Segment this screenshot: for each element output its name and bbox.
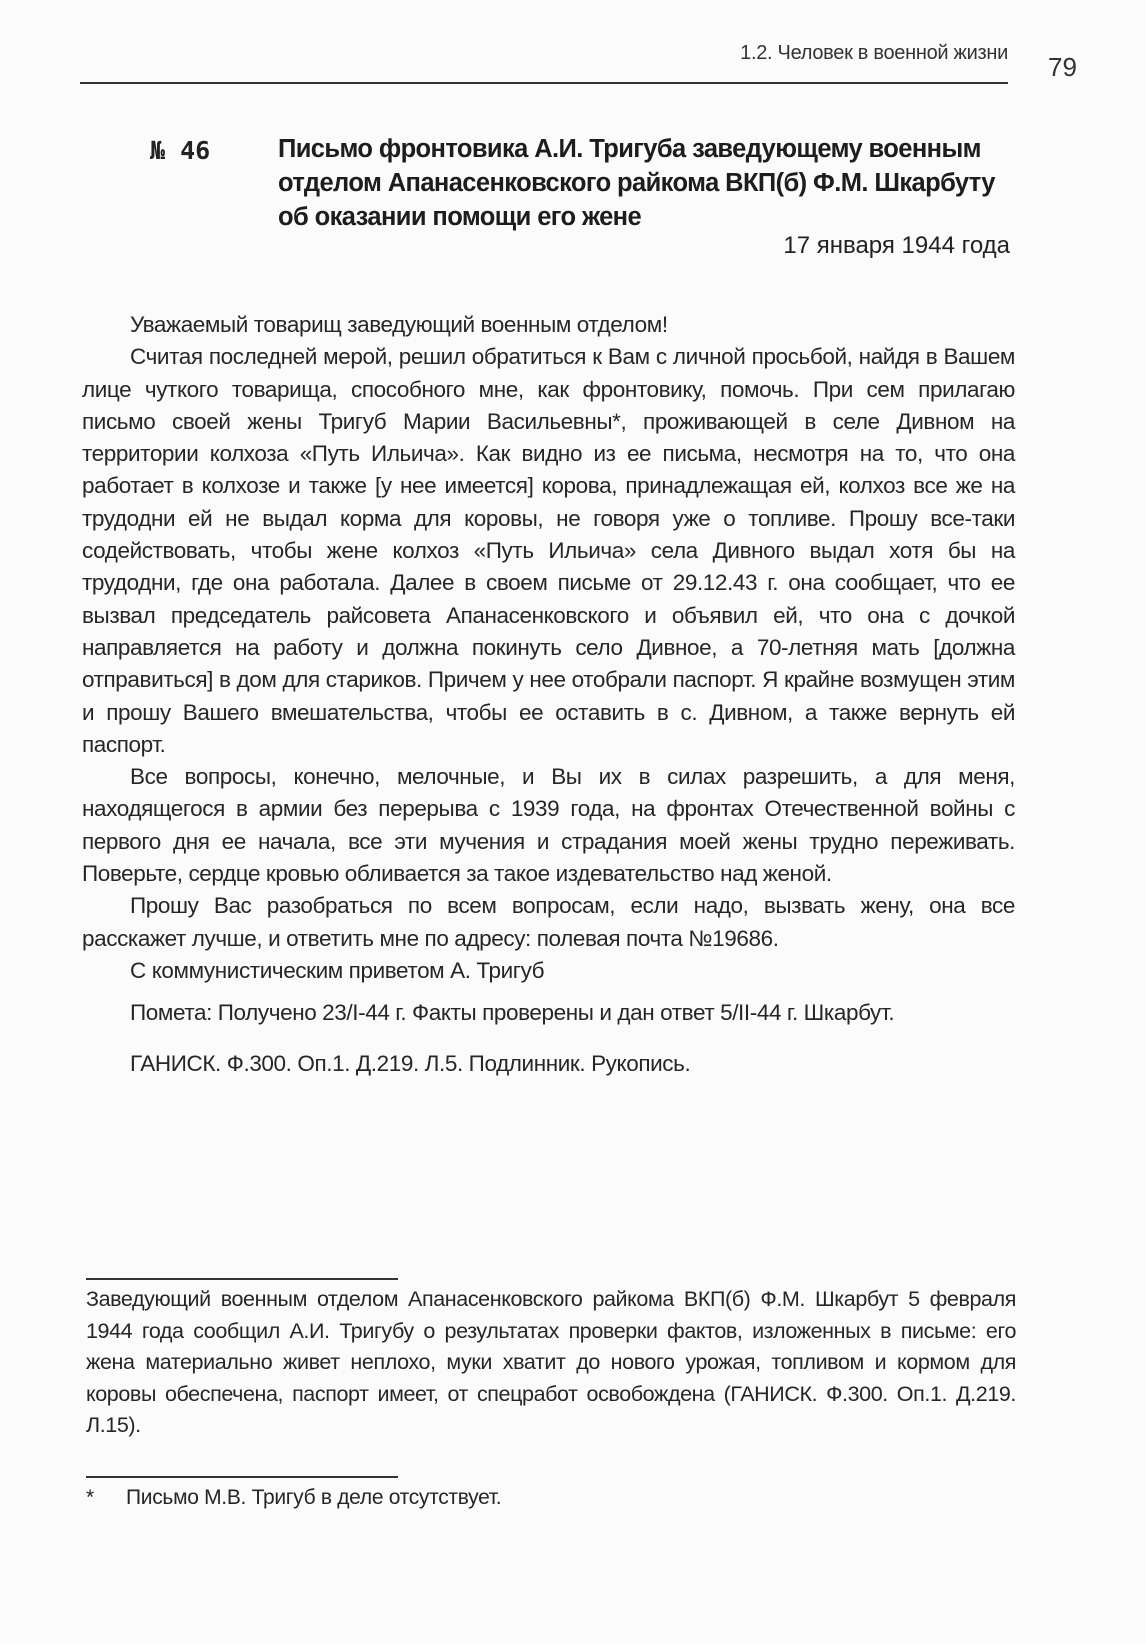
editorial-footnote: Заведующий военным отделом Апанасенковск…	[86, 1284, 1016, 1442]
footnote-text: Письмо М.В. Тригуб в деле отсутствует.	[126, 1486, 501, 1509]
letter-signature: С коммунистическим приветом А. Тригуб	[82, 955, 1015, 987]
letter-paragraph: Все вопросы, конечно, мелочные, и Вы их …	[82, 761, 1015, 890]
page-number: 79	[1048, 52, 1077, 83]
footnote-mark: *	[86, 1486, 126, 1510]
running-title: 1.2. Человек в военной жизни	[740, 42, 1008, 65]
document-title: Письмо фронтовика А.И. Тригуба заведующе…	[278, 132, 1010, 234]
document-date: 17 января 1944 года	[150, 232, 1010, 260]
letter-body: Уважаемый товарищ заведующий военным отд…	[82, 309, 1015, 1080]
letter-greeting: Уважаемый товарищ заведующий военным отд…	[82, 309, 1015, 341]
document-number: № 46	[150, 136, 210, 165]
receipt-note: Помета: Получено 23/I-44 г. Факты провер…	[82, 997, 1015, 1029]
running-header: 1.2. Человек в военной жизни	[80, 40, 1008, 84]
letter-paragraph: Прошу Вас разобраться по всем вопросам, …	[82, 890, 1015, 955]
footnote-divider	[86, 1278, 398, 1280]
archive-reference: ГАНИСК. Ф.300. Оп.1. Д.219. Л.5. Подлинн…	[82, 1048, 1015, 1080]
letter-paragraph: Считая последней мерой, решил обратиться…	[82, 341, 1015, 761]
star-footnote: *Письмо М.В. Тригуб в деле отсутствует.	[86, 1486, 501, 1510]
footnote-divider	[86, 1476, 398, 1478]
